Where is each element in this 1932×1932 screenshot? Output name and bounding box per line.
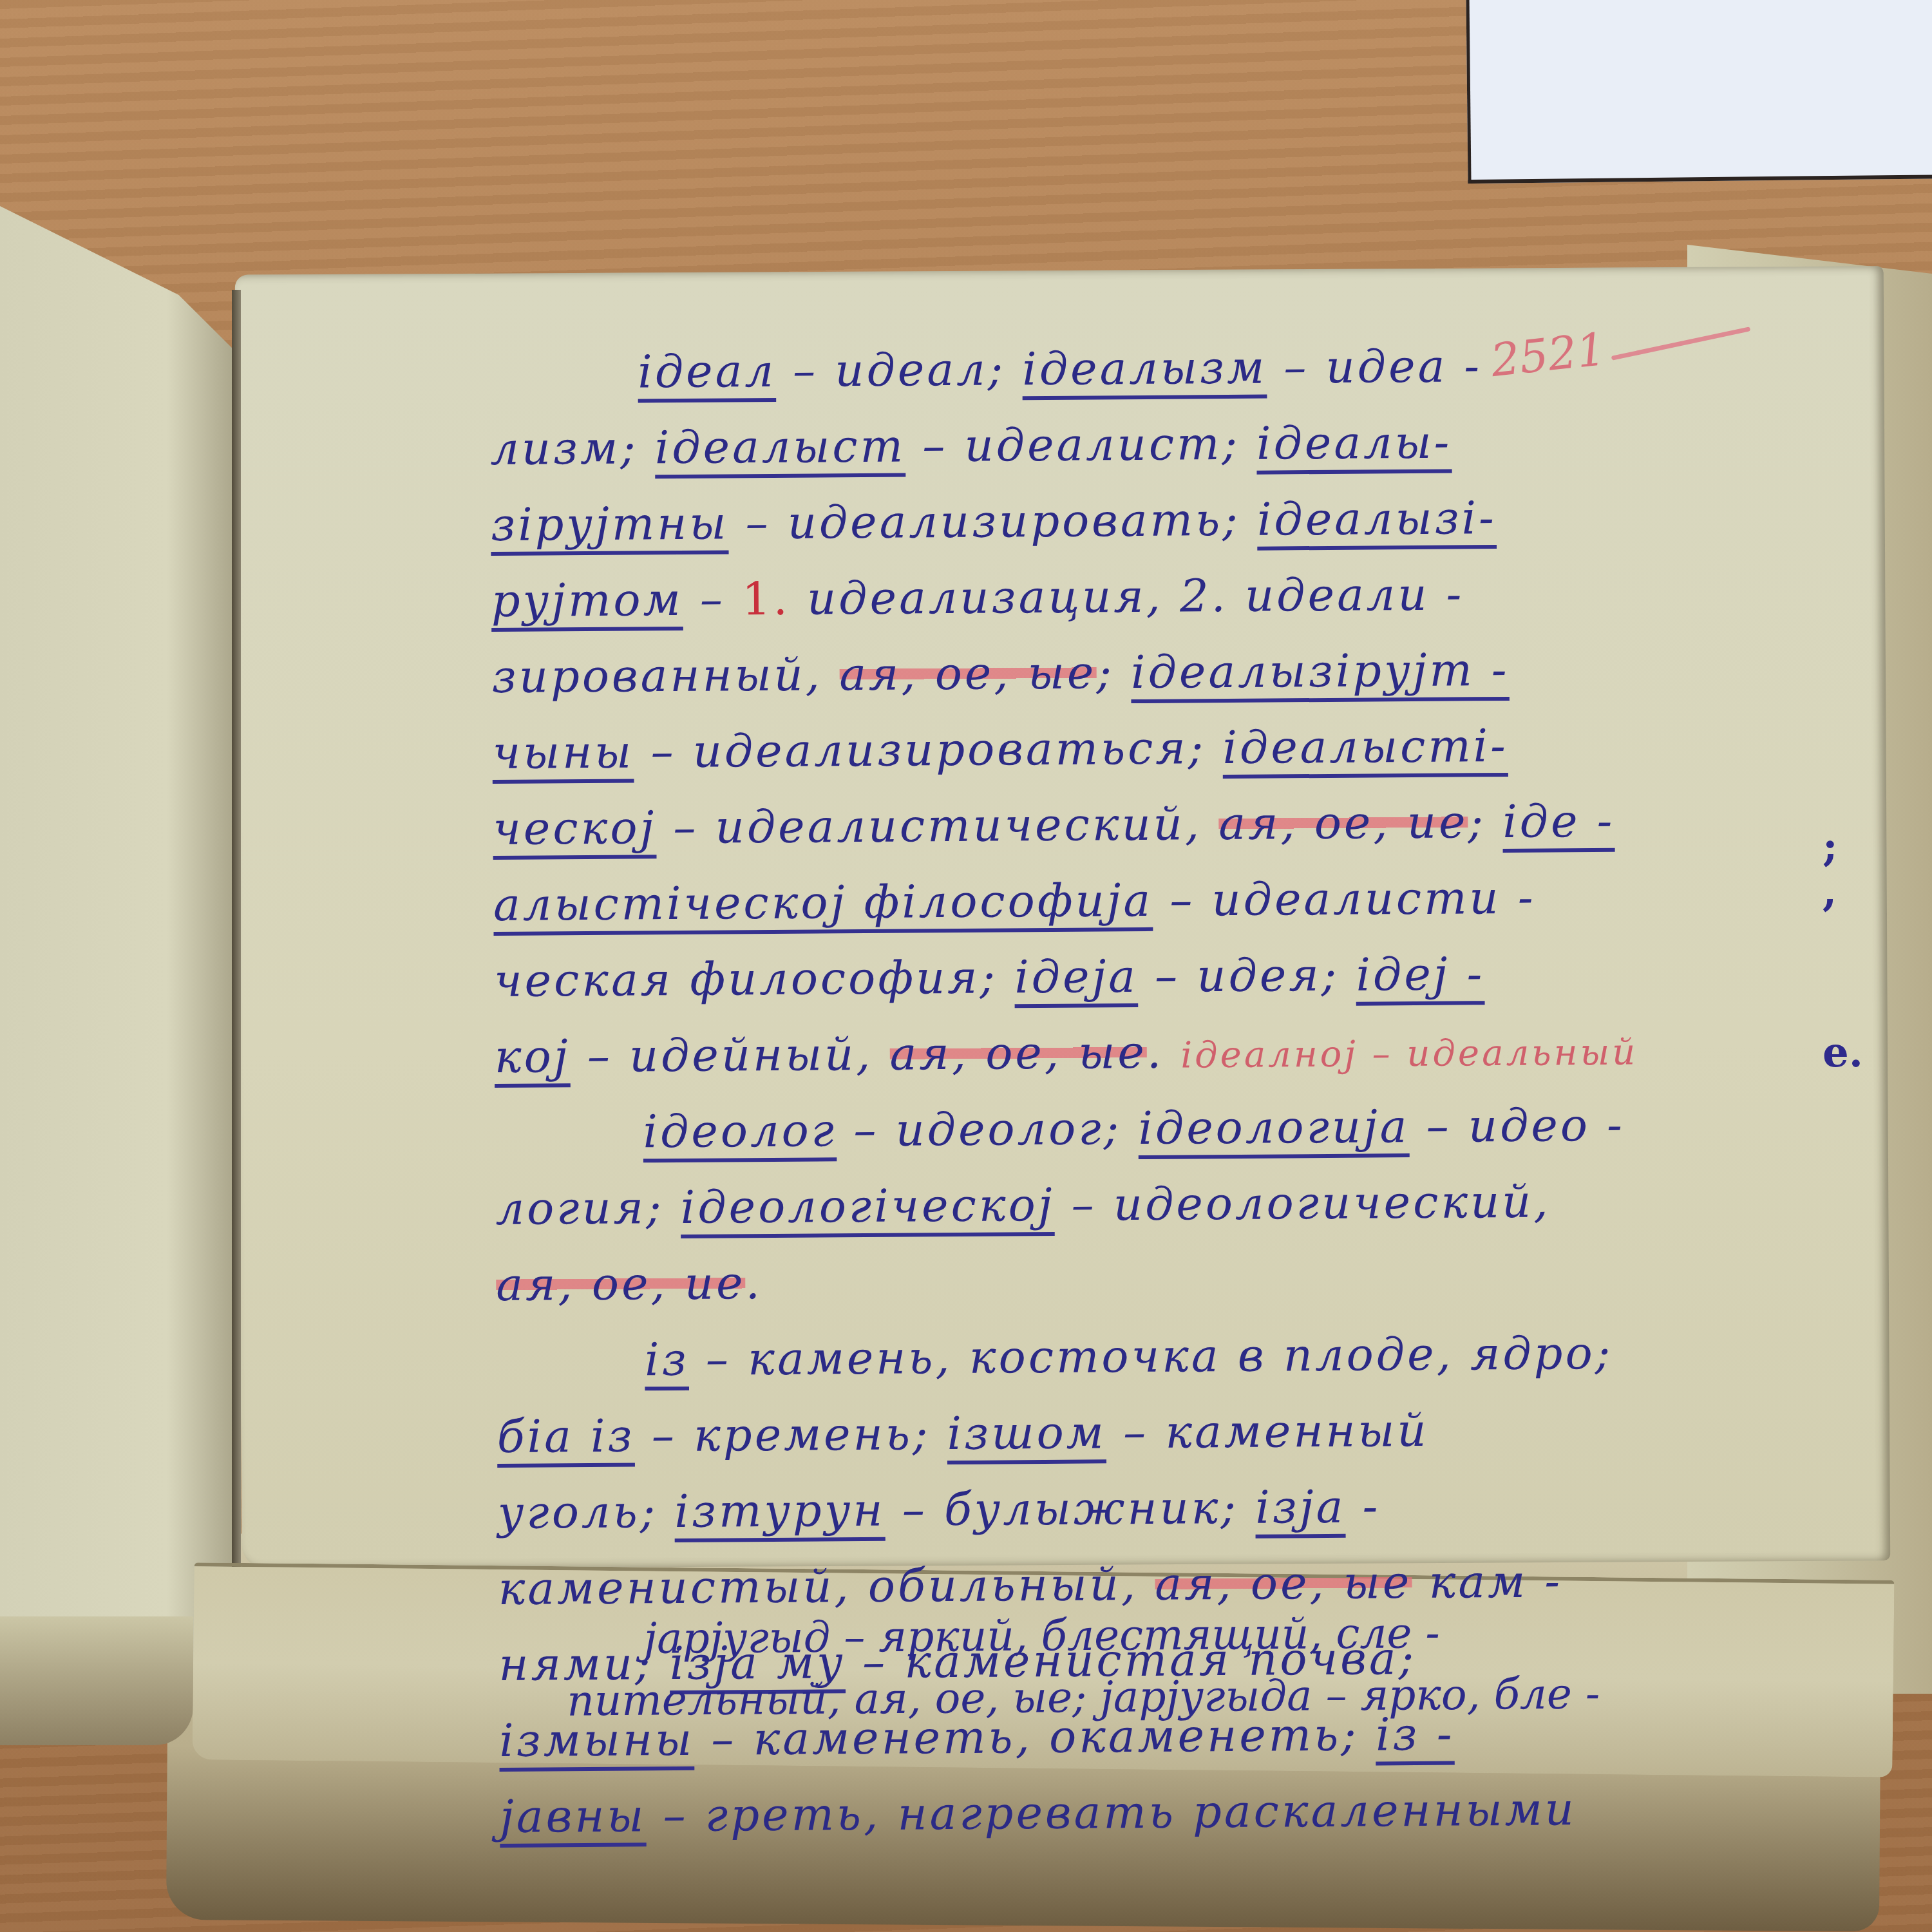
translation-text: логия; (495, 1181, 681, 1235)
translation-text: – идеалисти - (1153, 871, 1536, 927)
entry-line: ідеолог – идеолог; ідеологија – идео - (495, 1086, 1783, 1171)
headword: ідеологіческој (681, 1179, 1055, 1234)
translation-text: – идеалист; (905, 417, 1257, 473)
headword: ізтурун (674, 1484, 885, 1538)
translation-text: – идеализировать; (728, 493, 1257, 550)
headword: ідеалысті- (1222, 719, 1508, 774)
headword: ідеалы- (1256, 416, 1452, 470)
translation-text: ; (1468, 795, 1502, 848)
headword: ческој (493, 801, 656, 855)
translation-text: – булыжник; (885, 1481, 1255, 1537)
translation-text: . (745, 1256, 762, 1309)
translation-text: – каменный (1106, 1404, 1428, 1459)
entry-line: уголь; ізтурун – булыжник; ізја - (497, 1466, 1786, 1551)
headword: ідеалызі- (1257, 491, 1497, 546)
headword: біа із (497, 1409, 635, 1463)
translation-text: – идея; (1138, 949, 1356, 1003)
entry-line: јавны – греть, нагревать раскаленными (500, 1770, 1788, 1855)
margin-mark: ; (1823, 824, 1863, 869)
translation-text: – кремень; (634, 1407, 947, 1462)
struck-ending: ая, ое, ые (889, 1026, 1147, 1081)
translation-text: – камень, косточка в плоде, ядро; (688, 1327, 1613, 1386)
translation-text: - (1345, 1480, 1380, 1533)
entry-line: біа із – кремень; ізшом – каменный (497, 1390, 1786, 1475)
headword: ідеолог (643, 1104, 837, 1158)
struck-ending: ая, ое, ие (1218, 795, 1468, 850)
entry-line: чыны – идеализироваться; ідеалысті- (492, 706, 1781, 791)
translation-text: лизм; (490, 421, 655, 475)
translation-text: – идеологический, (1054, 1175, 1551, 1231)
headword: ідеалыст (655, 419, 906, 474)
translation-text: ческая философия; (494, 951, 1015, 1007)
book-gutter (232, 290, 241, 1616)
translation-text: кам - (1412, 1555, 1562, 1609)
headword: ідеј - (1356, 947, 1484, 1001)
entry-line: алыстіческој філософија – идеалисти - (493, 858, 1782, 943)
headword: із (645, 1333, 689, 1386)
next-page-line-2: пительный, ая, ое, ые; јарјугыда – ярко,… (567, 1661, 1900, 1732)
headword: чыны (492, 725, 634, 779)
headword: ізшом (947, 1406, 1106, 1460)
headword: ідеалызм (1022, 341, 1267, 396)
translation-text: – идеализироваться; (634, 721, 1223, 778)
translation-text: идеализация, 2. идеали - (790, 567, 1464, 625)
translation-text: – идеал; (776, 343, 1023, 397)
next-page-text: јарјугыд – яркий, блестящий, сле - пител… (643, 1599, 1900, 1732)
struck-ending: ая, ое, ые (839, 646, 1097, 701)
entry-line: логия; ідеологіческој – идеологический, (495, 1162, 1784, 1247)
headword: зірујтны (491, 497, 729, 551)
entry-line: зированный, ая, ое, ые; ідеалызірујт - (491, 630, 1780, 715)
next-page-line-1: јарјугыд – яркий, блестящий, сле - (643, 1599, 1900, 1670)
headword: ідеалызірујт - (1131, 643, 1510, 699)
entry-line: ая, ое, ие. (496, 1238, 1785, 1323)
margin-marks: ; , е. (1823, 824, 1863, 1075)
entry-line: зірујтны – идеализировать; ідеалызі- (491, 478, 1779, 563)
headword: ідеја (1014, 950, 1138, 1003)
left-page-curl (0, 1616, 193, 1745)
headword: кој (495, 1030, 571, 1083)
entry-line: із – камень, косточка в плоде, ядро; (497, 1314, 1785, 1399)
translation-text: – идеа - (1267, 339, 1482, 393)
headword: іде - (1502, 795, 1615, 848)
translation-text: – идео - (1409, 1099, 1625, 1153)
headword: ізја (1255, 1481, 1346, 1534)
translation-text: ; (1096, 646, 1131, 699)
left-page-blank (0, 206, 238, 1687)
margin-mark: е. (1823, 1030, 1863, 1075)
entry-line: ческая философия; ідеја – идея; ідеј - (494, 934, 1783, 1019)
translation-text: . (1146, 1026, 1180, 1079)
red-correction: ідеалној – идеальный (1180, 1032, 1638, 1077)
translation-text: уголь; (497, 1485, 674, 1539)
entry-line: ідеал – идеал; ідеалызм – идеа - (489, 326, 1778, 411)
entry-line: кој – идейный, ая, ое, ые. ідеалној – ид… (494, 1010, 1783, 1095)
entry-line: рујтом – 1. идеализация, 2. идеали - (491, 554, 1779, 639)
entry-line: лизм; ідеалыст – идеалист; ідеалы- (490, 402, 1779, 487)
headword: јавны (500, 1789, 647, 1843)
white-paper-sheet (1466, 0, 1932, 184)
struck-ending: ая, ое, ие (496, 1256, 746, 1311)
translation-text: – идеалистический, (656, 797, 1219, 854)
entry-line: ческој – идеалистический, ая, ое, ие; ід… (493, 782, 1781, 867)
margin-mark: , (1823, 869, 1863, 914)
translation-text: – греть, нагревать раскаленными (646, 1783, 1577, 1842)
translation-text: – идейный, (570, 1028, 890, 1083)
translation-text: – (683, 573, 742, 626)
headword: ідеал (638, 345, 776, 398)
headword: ідеологија (1138, 1100, 1409, 1155)
translation-text: зированный, (491, 648, 839, 703)
translation-text: 1. (742, 573, 790, 626)
translation-text: – идеолог; (837, 1102, 1139, 1157)
headword: алыстіческој філософија (493, 874, 1153, 931)
headword: рујтом (491, 573, 683, 627)
